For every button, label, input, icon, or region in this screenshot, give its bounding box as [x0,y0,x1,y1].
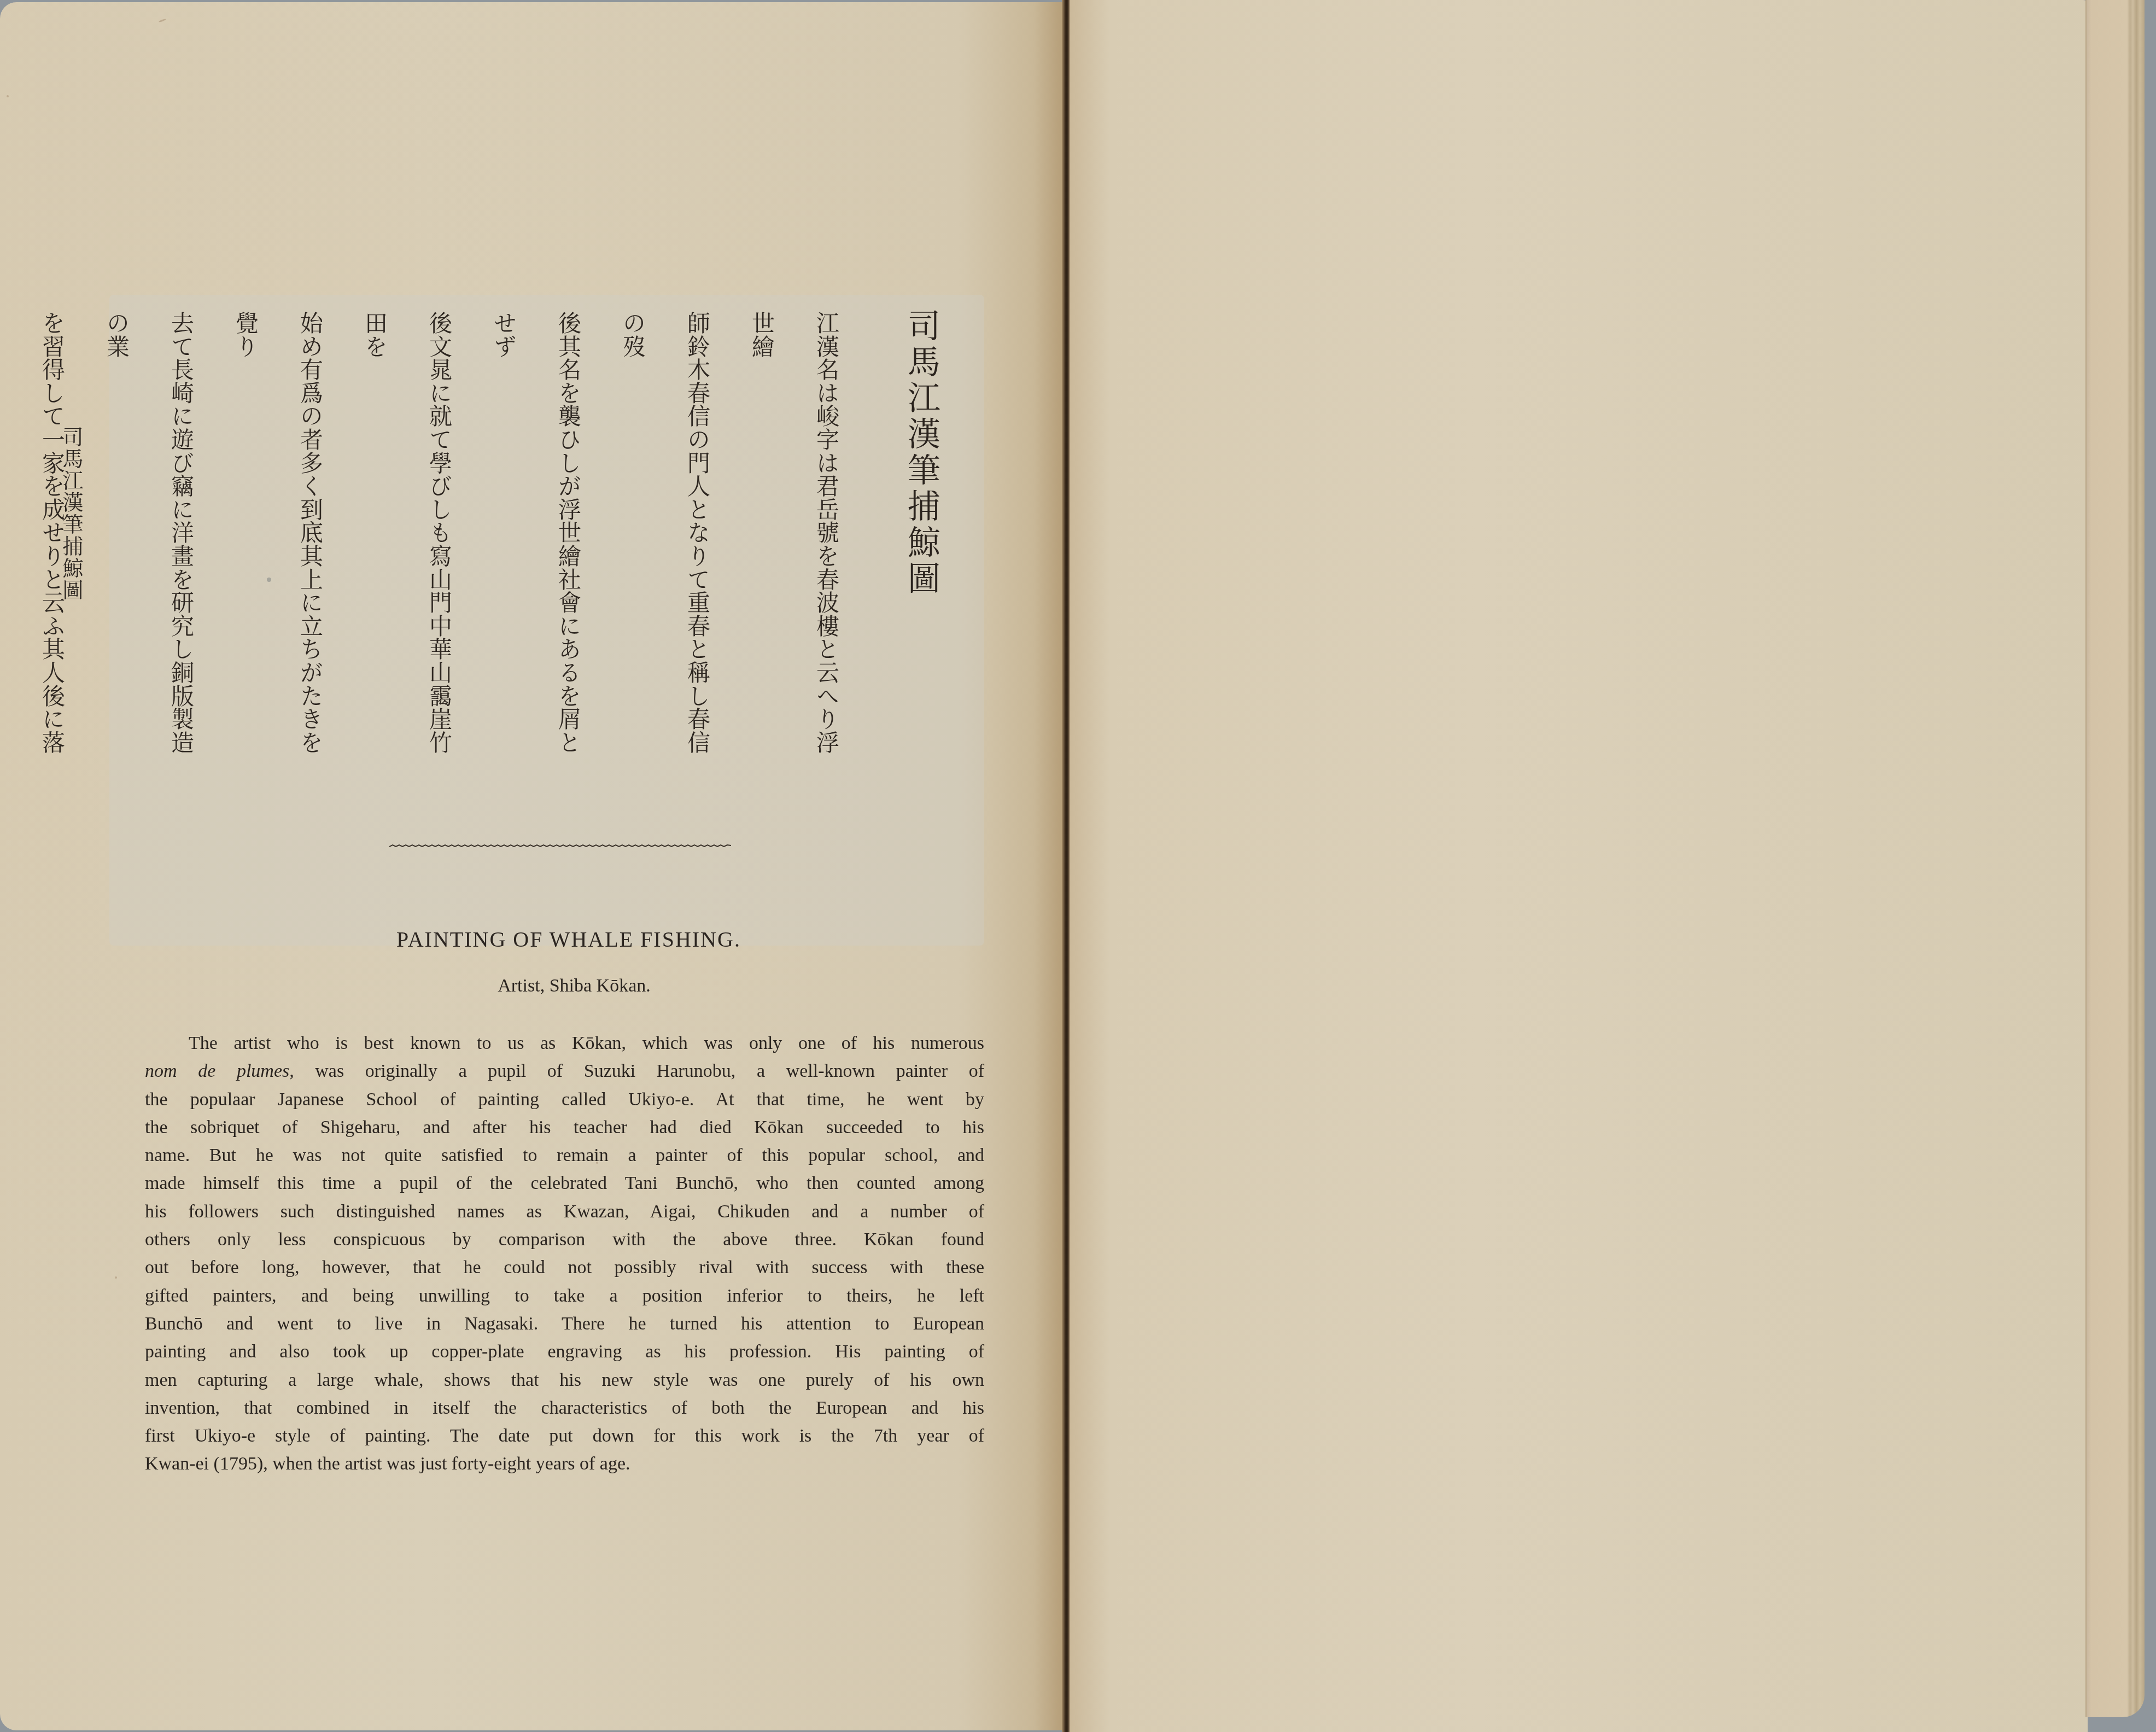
paragraph-line: the populaar Japanese School of painting… [145,1086,984,1113]
japanese-column: 後其名を襲ひしが浮世繪社會にあるを屑とせず [471,311,600,771]
paragraph-line: first Ukiyo-e style of painting. The dat… [145,1422,984,1450]
paragraph-line: Kwan-ei (1795), when the artist was just… [145,1450,984,1478]
page-stack-edge [2085,0,2145,1717]
japanese-column: 江漢名は峻字は君岳號を春波樓と云へり浮世繪 [729,311,858,771]
japanese-column: 後文晁に就て學びしも寫山門中華山靄崖竹田を [342,311,471,771]
right-page-blank [1070,0,2088,1732]
japanese-title: 司馬江漢筆捕鯨圖 [902,308,940,597]
japanese-column: 師鈴木春信の門人となりて重春と稱し春信の歿 [600,311,729,771]
left-page: 司馬江漢筆捕鯨圖 司馬江漢筆捕鯨圖 江漢名は峻字は君岳號を春波樓と云へり浮世繪 … [0,2,1065,1730]
paragraph-line: Bunchō and went to live in Nagasaki. The… [145,1310,984,1338]
italic-phrase: nom de plumes, [145,1061,294,1081]
paragraph-line-rest: was originally a pupil of Suzuki Harunob… [294,1061,984,1081]
paragraph-line: name. But he was not quite satisfied to … [145,1141,984,1169]
paragraph-line: invention, that combined in itself the c… [145,1394,984,1422]
paragraph-line: made himself this time a pupil of the ce… [145,1169,984,1197]
artist-credit: Artist, Shiba Kōkan. [426,976,722,996]
japanese-column: 去て長崎に遊び竊に洋畫を研究し銅版製造の業 [84,311,213,771]
paragraph-line: The artist who is best known to us as Kō… [145,1029,984,1057]
paragraph-line: others only less conspicuous by comparis… [145,1226,984,1253]
japanese-column: を習得して一家を成せりと云ふ其人後に落るを [0,311,84,771]
paragraph-line: nom de plumes, was originally a pupil of… [145,1057,984,1085]
book-spread: 司馬江漢筆捕鯨圖 司馬江漢筆捕鯨圖 江漢名は峻字は君岳號を春波樓と云へり浮世繪 … [0,0,2156,1732]
paragraph-line: gifted painters, and being unwilling to … [145,1282,984,1310]
wavy-divider-rule [389,839,731,852]
english-description: The artist who is best known to us as Kō… [145,1029,984,1478]
japanese-body: 江漢名は峻字は君岳號を春波樓と云へり浮世繪 師鈴木春信の門人となりて重春と稱し春… [170,311,858,771]
english-title: PAINTING OF WHALE FISHING. [383,926,755,952]
paragraph-line: out before long, however, that he could … [145,1253,984,1281]
paragraph-line: his followers such distinguished names a… [145,1198,984,1226]
paragraph-line: painting and also took up copper-plate e… [145,1338,984,1366]
japanese-column: 始め有爲の者多く到底其上に立ちがたきを覺り [213,311,342,771]
paragraph-line: the sobriquet of Shigeharu, and after hi… [145,1113,984,1141]
paragraph-line: men capturing a large whale, shows that … [145,1366,984,1394]
